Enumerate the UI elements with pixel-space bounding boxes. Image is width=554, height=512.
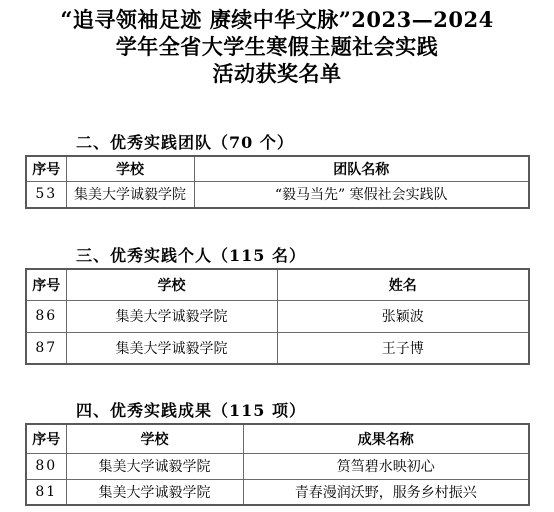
title-line-2: 学年全省大学生寒假主题社会实践 <box>8 33 546 60</box>
results-table: 序号 学校 成果名称 80 集美大学诚毅学院 筼筜碧水映初心 81 集美大学诚毅… <box>25 423 530 506</box>
results-table-header-row: 序号 学校 成果名称 <box>26 424 529 453</box>
individuals-table-row: 86 集美大学诚毅学院 张颖波 <box>26 300 529 332</box>
section-excellent-individuals: 三、优秀实践个人（115 名） 序号 学校 姓名 86 集美大学诚毅学院 张颖波… <box>0 246 554 365</box>
individuals-col-header-school: 学校 <box>66 269 277 300</box>
title-line-1: “追寻领袖足迹 赓续中华文脉”2023—2024 <box>8 6 546 33</box>
section-excellent-teams: 二、优秀实践团队（70 个） 序号 学校 团队名称 53 集美大学诚毅学院 “毅… <box>0 133 554 209</box>
section-heading-individuals: 三、优秀实践个人（115 名） <box>76 246 554 265</box>
results-col-header-name: 成果名称 <box>243 424 529 453</box>
result-row-index: 80 <box>26 453 66 479</box>
individual-row-name: 张颖波 <box>277 300 529 332</box>
individual-row-name: 王子博 <box>277 332 529 364</box>
teams-col-header-school: 学校 <box>66 156 194 181</box>
individuals-table-header-row: 序号 学校 姓名 <box>26 269 529 300</box>
team-row-school: 集美大学诚毅学院 <box>66 181 194 208</box>
teams-col-header-name: 团队名称 <box>194 156 529 181</box>
results-table-row: 80 集美大学诚毅学院 筼筜碧水映初心 <box>26 453 529 479</box>
result-row-name: 筼筜碧水映初心 <box>243 453 529 479</box>
teams-table-header-row: 序号 学校 团队名称 <box>26 156 529 181</box>
teams-table-row: 53 集美大学诚毅学院 “毅马当先” 寒假社会实践队 <box>26 181 529 208</box>
individuals-col-header-index: 序号 <box>26 269 66 300</box>
results-col-header-index: 序号 <box>26 424 66 453</box>
results-col-header-school: 学校 <box>66 424 243 453</box>
result-row-school: 集美大学诚毅学院 <box>66 479 243 505</box>
results-table-row: 81 集美大学诚毅学院 青春漫润沃野，服务乡村振兴 <box>26 479 529 505</box>
result-row-name: 青春漫润沃野，服务乡村振兴 <box>243 479 529 505</box>
section-heading-results: 四、优秀实践成果（115 项） <box>76 401 554 420</box>
individual-row-index: 86 <box>26 300 66 332</box>
result-row-index: 81 <box>26 479 66 505</box>
award-document-page: { "title_lines": [ "“追寻领袖足迹 赓续中华文脉”2023—… <box>0 0 554 512</box>
team-row-name: “毅马当先” 寒假社会实践队 <box>194 181 529 208</box>
title-line-3: 活动获奖名单 <box>8 60 546 87</box>
individuals-table-row: 87 集美大学诚毅学院 王子博 <box>26 332 529 364</box>
teams-table: 序号 学校 团队名称 53 集美大学诚毅学院 “毅马当先” 寒假社会实践队 <box>25 155 530 209</box>
individuals-table: 序号 学校 姓名 86 集美大学诚毅学院 张颖波 87 集美大学诚毅学院 王子博 <box>25 268 530 365</box>
individual-row-index: 87 <box>26 332 66 364</box>
individuals-col-header-name: 姓名 <box>277 269 529 300</box>
section-excellent-results: 四、优秀实践成果（115 项） 序号 学校 成果名称 80 集美大学诚毅学院 筼… <box>0 401 554 506</box>
teams-col-header-index: 序号 <box>26 156 66 181</box>
result-row-school: 集美大学诚毅学院 <box>66 453 243 479</box>
individual-row-school: 集美大学诚毅学院 <box>66 332 277 364</box>
section-heading-teams: 二、优秀实践团队（70 个） <box>76 133 554 152</box>
document-title: “追寻领袖足迹 赓续中华文脉”2023—2024 学年全省大学生寒假主题社会实践… <box>8 6 546 87</box>
individual-row-school: 集美大学诚毅学院 <box>66 300 277 332</box>
team-row-index: 53 <box>26 181 66 208</box>
